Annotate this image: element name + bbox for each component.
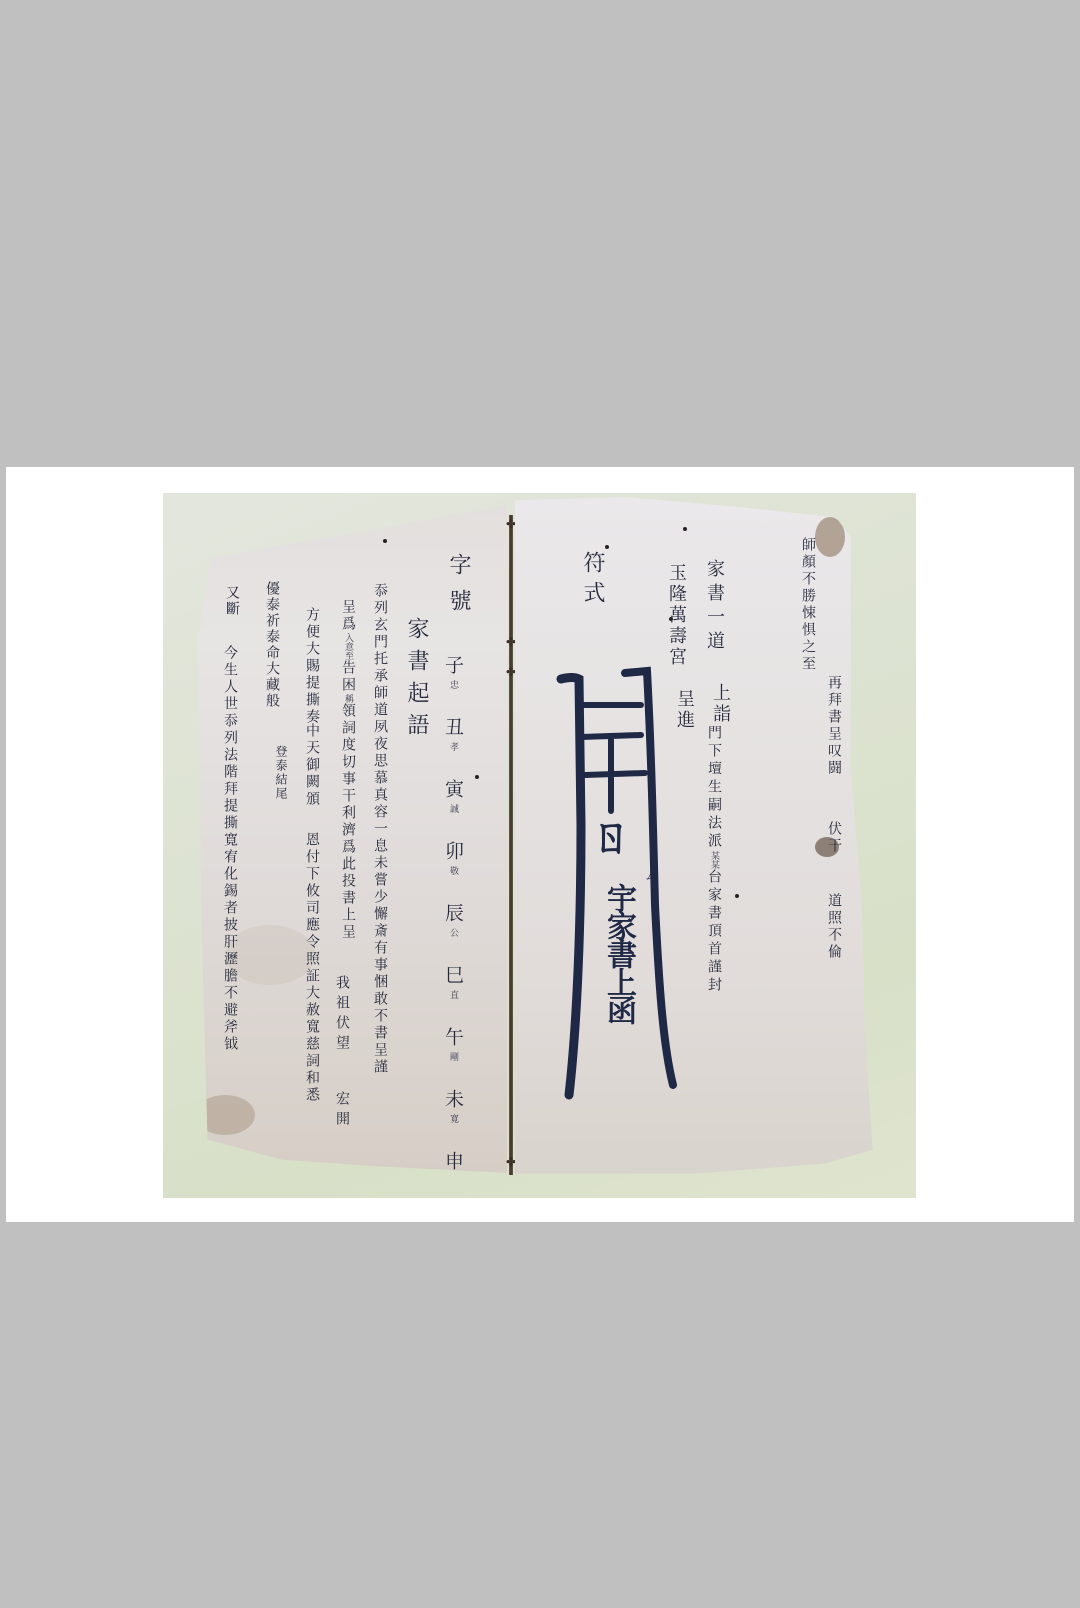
left-title: 字號 [447,553,469,625]
branch-pair: 卯敬 [443,841,462,875]
branch-pair: 未寬 [443,1089,462,1123]
right-page: 符式 玉隆萬壽宮 家書一道 呈進 上詣 門下壇生嗣法派某某台家書頂首謹封 師顏不… [515,497,880,1177]
seal-mid-glyph: ㄖ [589,815,633,859]
letter-column: 家書一道 [705,559,723,655]
talisman-seal: ㄖ ム 宇家書上函 [555,665,677,1105]
branch-pair: 子忠 [443,655,462,689]
branch-pair: 午剛 [443,1027,462,1061]
branch-pair: 辰公 [443,903,462,937]
branch-column: 子忠 丑孝 寅誠 卯敬 辰公 巳直 午剛 未寬 申慈 酉和 戌終 亥始 [443,655,462,1198]
branch-pair: 丑孝 [443,717,462,751]
branch-pair: 申慈 [443,1151,462,1185]
body-column-1: 忝列玄門托承師道夙夜思慕真容一息未嘗少懈斎有事悃敢不書呈謹 [373,583,387,1076]
body-column-4a: 優泰祈泰命大藏般 [265,581,279,709]
manuscript-photo: 字號 子忠 丑孝 寅誠 卯敬 辰公 巳直 午剛 未寬 申慈 酉和 戌終 亥始 家… [163,493,916,1198]
body-column-3b: 中天御闕頒恩付下攸司應令照証大赦寬慈詞和悉 [305,723,319,1104]
right-title: 符式 [581,551,603,611]
closing-column-2: 再拜書呈叹闘伏干道照不倫 [827,675,841,961]
book-spine: ✤ ✤ ✤ ✤ [509,515,513,1175]
closing-column-1: 師顏不勝悚惧之至 [801,537,815,673]
seal-column-text: 宇家書上函 [603,883,633,1023]
addressee-column: 玉隆萬壽宮 [667,563,685,668]
body-column-5a: 又斷 [225,585,239,617]
body-column-3a: 方便大賜提撕奏 [305,607,319,726]
branch-pair: 寅誠 [443,779,462,813]
body-column-2b: 我祖伏望宏開 [335,975,349,1131]
body-column-4b: 登泰結尾 [275,745,287,801]
left-page: 字號 子忠 丑孝 寅誠 卯敬 辰公 巳直 午剛 未寬 申慈 酉和 戌終 亥始 家… [185,505,507,1173]
left-heading: 家書起語 [405,617,427,745]
body-column-2a: 呈爲入意至告困稱領詞度切事干利濟爲此投書上呈 [341,599,355,941]
body-column-5b: 今生人世忝列法階拜提撕寛宥化錫者披肝瀝膽不避斧钺 [223,645,237,1053]
branch-pair: 巳直 [443,965,462,999]
photo-frame: 字號 子忠 丑孝 寅誠 卯敬 辰公 巳直 午剛 未寬 申慈 酉和 戌終 亥始 家… [6,467,1074,1222]
submit-column: 呈進 [675,689,693,731]
up-column: 上詣 [711,683,729,725]
seal-mark: ム [645,867,657,884]
sender-column: 門下壇生嗣法派某某台家書頂首謹封 [707,725,721,995]
